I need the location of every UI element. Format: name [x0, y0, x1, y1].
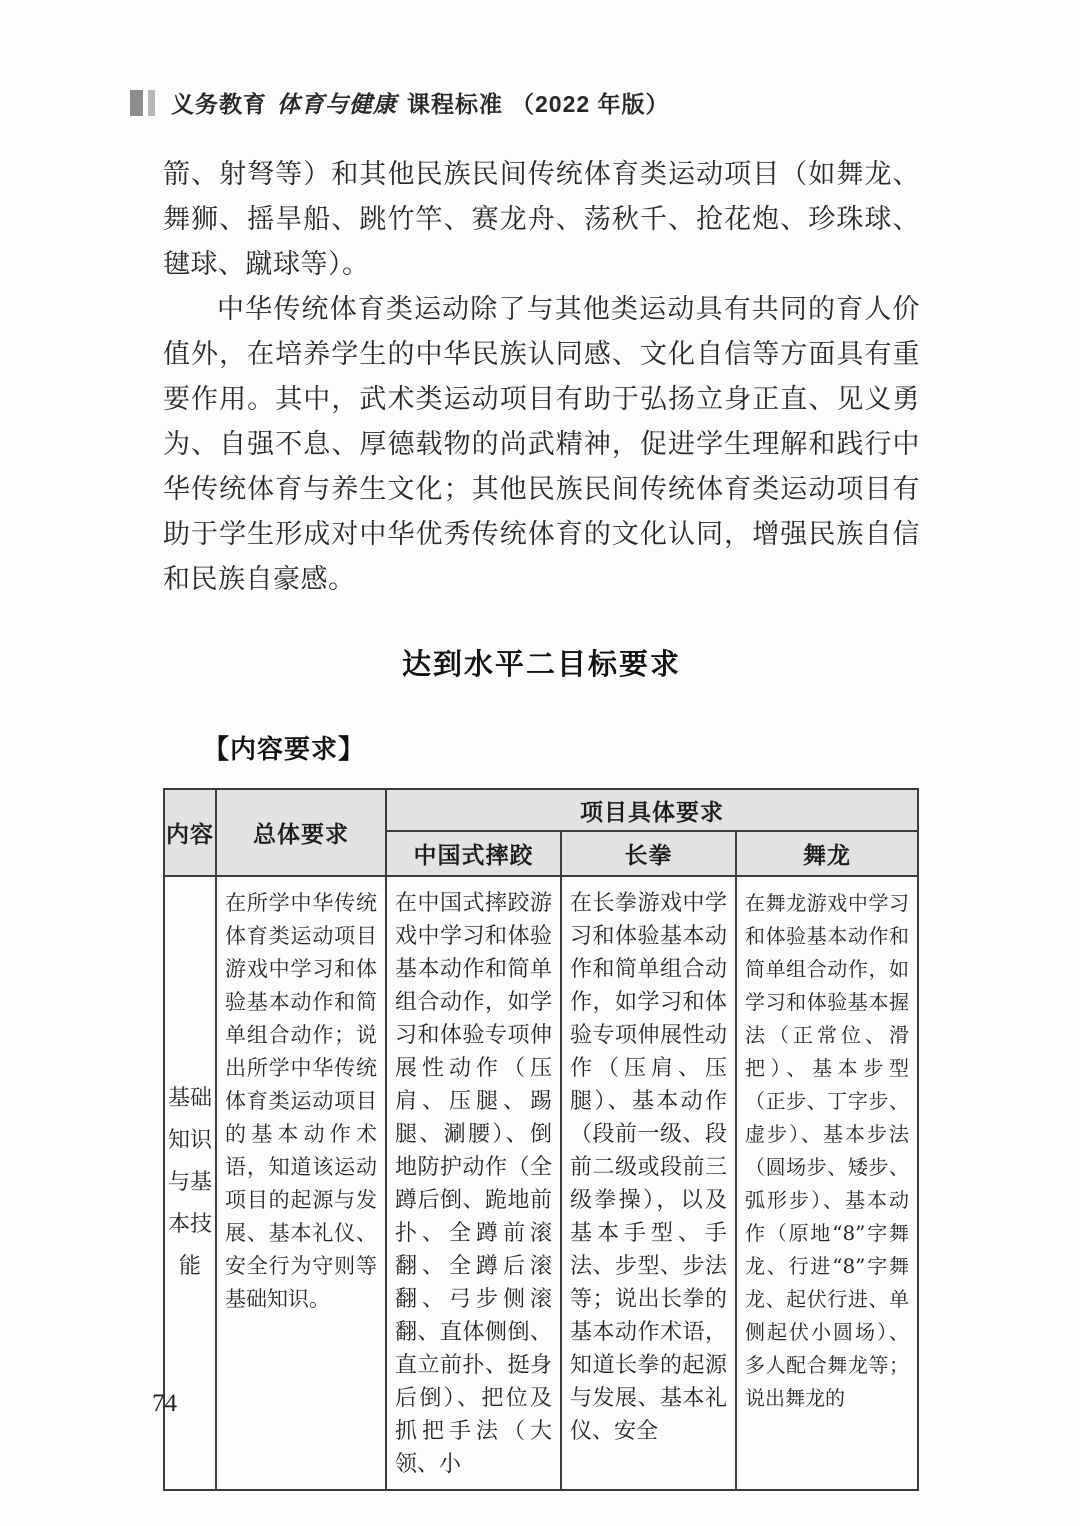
doc-title-subject: 体育与健康 [277, 86, 397, 119]
running-head: 义务教育 体育与健康 课程标准 （2022 年版） [130, 86, 670, 119]
page-number: 74 [152, 1390, 177, 1418]
doc-title-edition: （2022 年版） [511, 86, 670, 119]
table-row: 基础知识与基本技能 在所学中华传统体育类运动项目游戏中学习和体验基本动作和简单组… [164, 876, 918, 1490]
header-bar-icon [148, 90, 155, 116]
doc-title-prefix: 义务教育 [171, 86, 267, 119]
col-header-changquan: 长拳 [561, 831, 736, 876]
doc-title-suffix: 课程标准 [407, 86, 503, 119]
page-content: 箭、射弩等）和其他民族民间传统体育类运动项目（如舞龙、舞狮、摇旱船、跳竹竿、赛龙… [163, 152, 920, 1491]
section-heading: 达到水平二目标要求 [163, 642, 920, 683]
cell-wulong-requirement: 在舞龙游戏中学习和体验基本动作和简单组合动作，如学习和体验基本握法（正常位、滑把… [736, 876, 918, 1490]
requirements-table: 内容 总体要求 项目具体要求 中国式摔跤 长拳 舞龙 基础知识与基本技能 在所学… [163, 788, 919, 1491]
col-header-group: 项目具体要求 [386, 789, 918, 831]
col-header-wulong: 舞龙 [736, 831, 918, 876]
cell-changquan-requirement: 在长拳游戏中学习和体验基本动作和简单组合动作，如学习和体验专项伸展性动作（压肩、… [561, 876, 736, 1490]
document-page: 义务教育 体育与健康 课程标准 （2022 年版） 箭、射弩等）和其他民族民间传… [0, 0, 1080, 1526]
body-paragraph: 箭、射弩等）和其他民族民间传统体育类运动项目（如舞龙、舞狮、摇旱船、跳竹竿、赛龙… [163, 152, 920, 287]
body-paragraph: 中华传统体育类运动除了与其他类运动具有共同的育人价值外，在培养学生的中华民族认同… [163, 287, 920, 602]
table-header-row-1: 内容 总体要求 项目具体要求 [164, 789, 918, 831]
cell-overall-requirement: 在所学中华传统体育类运动项目游戏中学习和体验基本动作和简单组合动作；说出所学中华… [216, 876, 386, 1490]
cell-shuaijiao-requirement: 在中国式摔跤游戏中学习和体验基本动作和简单组合动作，如学习和体验专项伸展性动作（… [386, 876, 561, 1490]
col-header-overall: 总体要求 [216, 789, 386, 876]
col-header-content: 内容 [164, 789, 216, 876]
content-requirement-label: 【内容要求】 [203, 729, 920, 766]
col-header-shuaijiao: 中国式摔跤 [386, 831, 561, 876]
header-bar-icon [130, 90, 143, 116]
